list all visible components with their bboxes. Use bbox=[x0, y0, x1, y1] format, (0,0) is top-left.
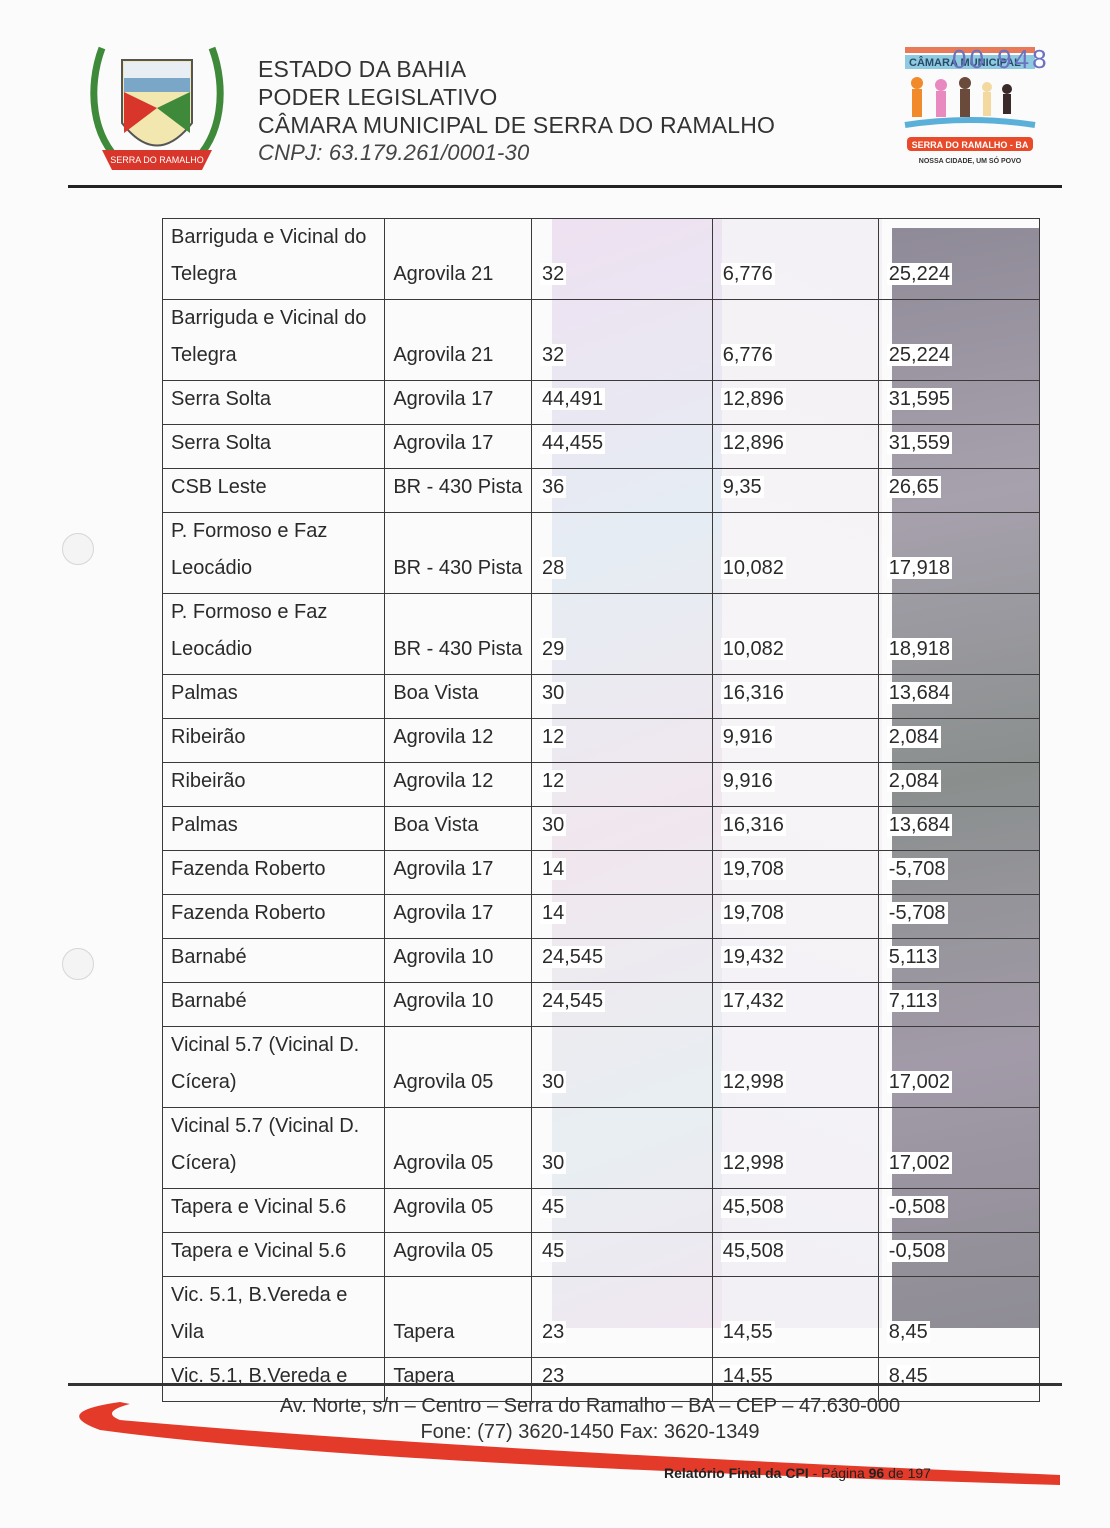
page-number: 96 bbox=[869, 1465, 885, 1481]
cell-text: 44,491 bbox=[540, 388, 605, 410]
location-cell: Vicinal 5.7 (Vicinal D. Cícera) bbox=[163, 1027, 385, 1108]
value-a-cell: 24,545 bbox=[531, 983, 712, 1027]
value-a-cell: 44,491 bbox=[531, 381, 712, 425]
cell-text: 13,684 bbox=[887, 682, 952, 704]
cell-text: Agrovila 21 bbox=[393, 337, 527, 374]
cell-text: 6,776 bbox=[721, 344, 775, 366]
table-row: BarnabéAgrovila 1024,54517,4327,113 bbox=[163, 983, 1040, 1027]
cell-text: 24,545 bbox=[540, 990, 605, 1012]
cell-text: 16,316 bbox=[721, 682, 786, 704]
location-cell: Vicinal 5.7 (Vicinal D. Cícera) bbox=[163, 1108, 385, 1189]
origin-cell: Agrovila 10 bbox=[385, 939, 532, 983]
cell-text: 13,684 bbox=[887, 814, 952, 836]
cell-text: 30 bbox=[540, 814, 566, 836]
cell-text: 26,65 bbox=[887, 476, 941, 498]
cell-text: Vicinal 5.7 (Vicinal D. Cícera) bbox=[171, 1108, 380, 1182]
cell-text: 12,896 bbox=[721, 432, 786, 454]
cell-text: Agrovila 05 bbox=[393, 1233, 527, 1270]
value-b-cell: 12,896 bbox=[712, 381, 878, 425]
table-row: PalmasBoa Vista3016,31613,684 bbox=[163, 675, 1040, 719]
location-cell: Palmas bbox=[163, 807, 385, 851]
difference-cell: 5,113 bbox=[878, 939, 1039, 983]
origin-cell: Agrovila 17 bbox=[385, 895, 532, 939]
location-cell: Serra Solta bbox=[163, 425, 385, 469]
table-row: Serra SoltaAgrovila 1744,45512,89631,559 bbox=[163, 425, 1040, 469]
difference-cell: -0,508 bbox=[878, 1233, 1039, 1277]
location-cell: Ribeirão bbox=[163, 719, 385, 763]
cell-text: Palmas bbox=[171, 675, 380, 712]
page-prefix: - Página bbox=[809, 1465, 869, 1481]
origin-cell: Tapera bbox=[385, 1277, 532, 1358]
origin-cell: Agrovila 17 bbox=[385, 381, 532, 425]
cell-text: -5,708 bbox=[887, 902, 948, 924]
cell-text: 45,508 bbox=[721, 1196, 786, 1218]
location-cell: Fazenda Roberto bbox=[163, 851, 385, 895]
difference-cell: 26,65 bbox=[878, 469, 1039, 513]
table-row: Fazenda RobertoAgrovila 171419,708-5,708 bbox=[163, 895, 1040, 939]
origin-cell: Agrovila 17 bbox=[385, 425, 532, 469]
cell-text: Agrovila 10 bbox=[393, 983, 527, 1020]
value-b-cell: 9,35 bbox=[712, 469, 878, 513]
table-row: Barriguda e Vicinal do TelegraAgrovila 2… bbox=[163, 219, 1040, 300]
value-b-cell: 45,508 bbox=[712, 1233, 878, 1277]
difference-cell: -5,708 bbox=[878, 895, 1039, 939]
difference-cell: 17,002 bbox=[878, 1027, 1039, 1108]
value-a-cell: 44,455 bbox=[531, 425, 712, 469]
cell-text: Agrovila 17 bbox=[393, 381, 527, 418]
cell-text: Serra Solta bbox=[171, 381, 380, 418]
cell-text: Agrovila 10 bbox=[393, 939, 527, 976]
cell-text: Agrovila 21 bbox=[393, 256, 527, 293]
cell-text: 14 bbox=[540, 858, 566, 880]
cell-text: Fazenda Roberto bbox=[171, 895, 380, 932]
value-a-cell: 30 bbox=[531, 675, 712, 719]
municipal-crest-icon: SERRA DO RAMALHO bbox=[82, 38, 232, 178]
value-a-cell: 30 bbox=[531, 1108, 712, 1189]
cell-text: Agrovila 12 bbox=[393, 719, 527, 756]
page-stamp: 00 948 bbox=[952, 44, 1050, 75]
cell-text: 32 bbox=[540, 344, 566, 366]
cell-text: 16,316 bbox=[721, 814, 786, 836]
table-row: P. Formoso e Faz LeocádioBR - 430 Pista2… bbox=[163, 594, 1040, 675]
cell-text: 45 bbox=[540, 1240, 566, 1262]
difference-cell: 13,684 bbox=[878, 807, 1039, 851]
table-row: P. Formoso e Faz LeocádioBR - 430 Pista2… bbox=[163, 513, 1040, 594]
difference-cell: -5,708 bbox=[878, 851, 1039, 895]
cell-text: Agrovila 17 bbox=[393, 851, 527, 888]
origin-cell: Agrovila 05 bbox=[385, 1233, 532, 1277]
cell-text: 19,708 bbox=[721, 858, 786, 880]
cell-text: 19,708 bbox=[721, 902, 786, 924]
footer-phone: Fone: (77) 3620-1450 Fax: 3620-1349 bbox=[0, 1421, 1110, 1444]
cell-text: 7,113 bbox=[887, 990, 940, 1012]
cell-text: -5,708 bbox=[887, 858, 948, 880]
cell-text: 5,113 bbox=[887, 946, 940, 968]
origin-cell: Boa Vista bbox=[385, 807, 532, 851]
table-row: Fazenda RobertoAgrovila 171419,708-5,708 bbox=[163, 851, 1040, 895]
value-b-cell: 19,708 bbox=[712, 851, 878, 895]
cell-text: 10,082 bbox=[721, 557, 786, 579]
svg-text:NOSSA CIDADE, UM SÓ POVO: NOSSA CIDADE, UM SÓ POVO bbox=[919, 156, 1022, 165]
cell-text: 12,998 bbox=[721, 1152, 786, 1174]
value-b-cell: 45,508 bbox=[712, 1189, 878, 1233]
cell-text: 30 bbox=[540, 1071, 566, 1093]
value-b-cell: 16,316 bbox=[712, 807, 878, 851]
cell-text: 30 bbox=[540, 682, 566, 704]
table-row: Vicinal 5.7 (Vicinal D. Cícera)Agrovila … bbox=[163, 1027, 1040, 1108]
location-cell: Tapera e Vicinal 5.6 bbox=[163, 1189, 385, 1233]
difference-cell: -0,508 bbox=[878, 1189, 1039, 1233]
cell-text: 9,916 bbox=[721, 726, 775, 748]
table-row: PalmasBoa Vista3016,31613,684 bbox=[163, 807, 1040, 851]
cnpj: CNPJ: 63.179.261/0001-30 bbox=[258, 139, 775, 167]
cell-text: 9,35 bbox=[721, 476, 764, 498]
cell-text: Ribeirão bbox=[171, 763, 380, 800]
location-cell: P. Formoso e Faz Leocádio bbox=[163, 594, 385, 675]
difference-cell: 18,918 bbox=[878, 594, 1039, 675]
cell-text: Barnabé bbox=[171, 939, 380, 976]
value-a-cell: 14 bbox=[531, 895, 712, 939]
cell-text: Fazenda Roberto bbox=[171, 851, 380, 888]
cell-text: Vic. 5.1, B.Vereda e Vila bbox=[171, 1277, 380, 1351]
difference-cell: 25,224 bbox=[878, 219, 1039, 300]
cell-text: Agrovila 17 bbox=[393, 425, 527, 462]
cell-text: Ribeirão bbox=[171, 719, 380, 756]
cell-text: 12,998 bbox=[721, 1071, 786, 1093]
location-cell: Ribeirão bbox=[163, 763, 385, 807]
value-a-cell: 32 bbox=[531, 300, 712, 381]
difference-cell: 2,084 bbox=[878, 763, 1039, 807]
difference-cell: 2,084 bbox=[878, 719, 1039, 763]
value-b-cell: 9,916 bbox=[712, 763, 878, 807]
cell-text: 12 bbox=[540, 770, 566, 792]
cell-text: P. Formoso e Faz Leocádio bbox=[171, 594, 380, 668]
value-a-cell: 45 bbox=[531, 1189, 712, 1233]
cell-text: Tapera e Vicinal 5.6 bbox=[171, 1233, 380, 1270]
difference-cell: 7,113 bbox=[878, 983, 1039, 1027]
header-rule bbox=[68, 185, 1062, 188]
cell-text: 25,224 bbox=[887, 344, 952, 366]
cell-text: BR - 430 Pista bbox=[393, 469, 527, 506]
origin-cell: Agrovila 21 bbox=[385, 300, 532, 381]
cell-text: BR - 430 Pista bbox=[393, 550, 527, 587]
value-a-cell: 12 bbox=[531, 763, 712, 807]
cell-text: 45,508 bbox=[721, 1240, 786, 1262]
cell-text: -0,508 bbox=[887, 1196, 948, 1218]
origin-cell: Agrovila 21 bbox=[385, 219, 532, 300]
value-b-cell: 17,432 bbox=[712, 983, 878, 1027]
cell-text: 6,776 bbox=[721, 263, 775, 285]
value-a-cell: 30 bbox=[531, 807, 712, 851]
punch-hole bbox=[62, 948, 94, 980]
table-row: Vicinal 5.7 (Vicinal D. Cícera)Agrovila … bbox=[163, 1108, 1040, 1189]
cell-text: 17,002 bbox=[887, 1071, 952, 1093]
punch-hole bbox=[62, 533, 94, 565]
cell-text: CSB Leste bbox=[171, 469, 380, 506]
letterhead-text: ESTADO DA BAHIA PODER LEGISLATIVO CÂMARA… bbox=[258, 55, 775, 167]
cell-text: 9,916 bbox=[721, 770, 775, 792]
difference-cell: 31,559 bbox=[878, 425, 1039, 469]
cell-text: Agrovila 05 bbox=[393, 1189, 527, 1226]
location-cell: Barriguda e Vicinal do Telegra bbox=[163, 219, 385, 300]
cell-text: 12,896 bbox=[721, 388, 786, 410]
cell-text: Agrovila 05 bbox=[393, 1145, 527, 1182]
cell-text: 24,545 bbox=[540, 946, 605, 968]
value-a-cell: 12 bbox=[531, 719, 712, 763]
footer-rule bbox=[68, 1383, 1062, 1386]
road-distance-table: Barriguda e Vicinal do TelegraAgrovila 2… bbox=[162, 218, 1040, 1328]
cell-text: Agrovila 17 bbox=[393, 895, 527, 932]
cell-text: Vicinal 5.7 (Vicinal D. Cícera) bbox=[171, 1027, 380, 1101]
origin-cell: BR - 430 Pista bbox=[385, 594, 532, 675]
cell-text: 12 bbox=[540, 726, 566, 748]
cell-text: 36 bbox=[540, 476, 566, 498]
table-row: Tapera e Vicinal 5.6Agrovila 054545,508-… bbox=[163, 1233, 1040, 1277]
origin-cell: Agrovila 05 bbox=[385, 1108, 532, 1189]
cell-text: Tapera e Vicinal 5.6 bbox=[171, 1189, 380, 1226]
cell-text: Barriguda e Vicinal do Telegra bbox=[171, 300, 380, 374]
value-b-cell: 14,55 bbox=[712, 1277, 878, 1358]
origin-cell: Agrovila 05 bbox=[385, 1189, 532, 1233]
table-row: Vic. 5.1, B.Vereda e VilaTapera2314,558,… bbox=[163, 1277, 1040, 1358]
cell-text: 44,455 bbox=[540, 432, 605, 454]
table-row: CSB LesteBR - 430 Pista369,3526,65 bbox=[163, 469, 1040, 513]
cell-text: P. Formoso e Faz Leocádio bbox=[171, 513, 380, 587]
cell-text: -0,508 bbox=[887, 1240, 948, 1262]
difference-cell: 8,45 bbox=[878, 1277, 1039, 1358]
cell-text: 28 bbox=[540, 557, 566, 579]
value-b-cell: 10,082 bbox=[712, 594, 878, 675]
value-b-cell: 19,708 bbox=[712, 895, 878, 939]
footer-address: Av. Norte, s/n – Centro – Serra do Ramal… bbox=[0, 1395, 1110, 1418]
value-b-cell: 12,998 bbox=[712, 1027, 878, 1108]
origin-cell: Agrovila 12 bbox=[385, 719, 532, 763]
cell-text: Tapera bbox=[393, 1314, 527, 1351]
location-cell: Serra Solta bbox=[163, 381, 385, 425]
cell-text: 10,082 bbox=[721, 638, 786, 660]
cell-text: 8,45 bbox=[887, 1321, 930, 1343]
value-a-cell: 30 bbox=[531, 1027, 712, 1108]
cell-text: 29 bbox=[540, 638, 566, 660]
difference-cell: 25,224 bbox=[878, 300, 1039, 381]
page-separator: de bbox=[884, 1465, 907, 1481]
origin-cell: BR - 430 Pista bbox=[385, 469, 532, 513]
location-cell: Fazenda Roberto bbox=[163, 895, 385, 939]
cell-text: Boa Vista bbox=[393, 675, 527, 712]
cell-text: 17,918 bbox=[887, 557, 952, 579]
origin-cell: Agrovila 05 bbox=[385, 1027, 532, 1108]
state-name: ESTADO DA BAHIA bbox=[258, 55, 775, 83]
value-b-cell: 16,316 bbox=[712, 675, 878, 719]
origin-cell: Agrovila 17 bbox=[385, 851, 532, 895]
value-a-cell: 23 bbox=[531, 1277, 712, 1358]
cell-text: Serra Solta bbox=[171, 425, 380, 462]
cell-text: 25,224 bbox=[887, 263, 952, 285]
location-cell: Barnabé bbox=[163, 983, 385, 1027]
value-a-cell: 28 bbox=[531, 513, 712, 594]
value-a-cell: 14 bbox=[531, 851, 712, 895]
value-b-cell: 12,896 bbox=[712, 425, 878, 469]
origin-cell: Boa Vista bbox=[385, 675, 532, 719]
table-row: RibeirãoAgrovila 12129,9162,084 bbox=[163, 763, 1040, 807]
difference-cell: 17,918 bbox=[878, 513, 1039, 594]
cell-text: 17,432 bbox=[721, 990, 786, 1012]
value-a-cell: 45 bbox=[531, 1233, 712, 1277]
table-body: Barriguda e Vicinal do TelegraAgrovila 2… bbox=[163, 219, 1040, 1402]
cell-text: 31,595 bbox=[887, 388, 952, 410]
cell-text: Agrovila 05 bbox=[393, 1064, 527, 1101]
svg-text:SERRA DO RAMALHO - BA: SERRA DO RAMALHO - BA bbox=[912, 140, 1029, 150]
cell-text: 17,002 bbox=[887, 1152, 952, 1174]
origin-cell: BR - 430 Pista bbox=[385, 513, 532, 594]
origin-cell: Agrovila 10 bbox=[385, 983, 532, 1027]
location-cell: Vic. 5.1, B.Vereda e Vila bbox=[163, 1277, 385, 1358]
chamber-name: CÂMARA MUNICIPAL DE SERRA DO RAMALHO bbox=[258, 111, 775, 139]
cell-text: 31,559 bbox=[887, 432, 952, 454]
letterhead: SERRA DO RAMALHO ESTADO DA BAHIA PODER L… bbox=[0, 0, 1110, 200]
value-a-cell: 36 bbox=[531, 469, 712, 513]
difference-cell: 31,595 bbox=[878, 381, 1039, 425]
cell-text: 2,084 bbox=[887, 726, 941, 748]
cell-text: Agrovila 12 bbox=[393, 763, 527, 800]
page-reference: Relatório Final da CPI - Página 96 de 19… bbox=[664, 1465, 931, 1481]
table-row: Tapera e Vicinal 5.6Agrovila 054545,508-… bbox=[163, 1189, 1040, 1233]
value-b-cell: 19,432 bbox=[712, 939, 878, 983]
cell-text: Barriguda e Vicinal do Telegra bbox=[171, 219, 380, 293]
value-b-cell: 10,082 bbox=[712, 513, 878, 594]
value-a-cell: 29 bbox=[531, 594, 712, 675]
cell-text: 19,432 bbox=[721, 946, 786, 968]
value-b-cell: 9,916 bbox=[712, 719, 878, 763]
cell-text: 23 bbox=[540, 1321, 566, 1343]
location-cell: CSB Leste bbox=[163, 469, 385, 513]
page-total: 197 bbox=[908, 1465, 931, 1481]
location-cell: P. Formoso e Faz Leocádio bbox=[163, 513, 385, 594]
location-cell: Barriguda e Vicinal do Telegra bbox=[163, 300, 385, 381]
difference-cell: 13,684 bbox=[878, 675, 1039, 719]
power-name: PODER LEGISLATIVO bbox=[258, 83, 775, 111]
svg-text:SERRA DO RAMALHO: SERRA DO RAMALHO bbox=[110, 155, 204, 165]
cell-text: BR - 430 Pista bbox=[393, 631, 527, 668]
cell-text: 14,55 bbox=[721, 1321, 775, 1343]
cell-text: 32 bbox=[540, 263, 566, 285]
location-cell: Tapera e Vicinal 5.6 bbox=[163, 1233, 385, 1277]
value-a-cell: 24,545 bbox=[531, 939, 712, 983]
cell-text: 30 bbox=[540, 1152, 566, 1174]
cell-text: 45 bbox=[540, 1196, 566, 1218]
origin-cell: Agrovila 12 bbox=[385, 763, 532, 807]
cell-text: 2,084 bbox=[887, 770, 941, 792]
table-row: Barriguda e Vicinal do TelegraAgrovila 2… bbox=[163, 300, 1040, 381]
table-row: RibeirãoAgrovila 12129,9162,084 bbox=[163, 719, 1040, 763]
location-cell: Barnabé bbox=[163, 939, 385, 983]
location-cell: Palmas bbox=[163, 675, 385, 719]
value-b-cell: 12,998 bbox=[712, 1108, 878, 1189]
table-row: Serra SoltaAgrovila 1744,49112,89631,595 bbox=[163, 381, 1040, 425]
cell-text: Palmas bbox=[171, 807, 380, 844]
report-label: Relatório Final da CPI bbox=[664, 1465, 809, 1481]
value-b-cell: 6,776 bbox=[712, 300, 878, 381]
cell-text: Boa Vista bbox=[393, 807, 527, 844]
cell-text: Barnabé bbox=[171, 983, 380, 1020]
value-b-cell: 6,776 bbox=[712, 219, 878, 300]
value-a-cell: 32 bbox=[531, 219, 712, 300]
table-row: BarnabéAgrovila 1024,54519,4325,113 bbox=[163, 939, 1040, 983]
difference-cell: 17,002 bbox=[878, 1108, 1039, 1189]
cell-text: 18,918 bbox=[887, 638, 952, 660]
cell-text: 14 bbox=[540, 902, 566, 924]
